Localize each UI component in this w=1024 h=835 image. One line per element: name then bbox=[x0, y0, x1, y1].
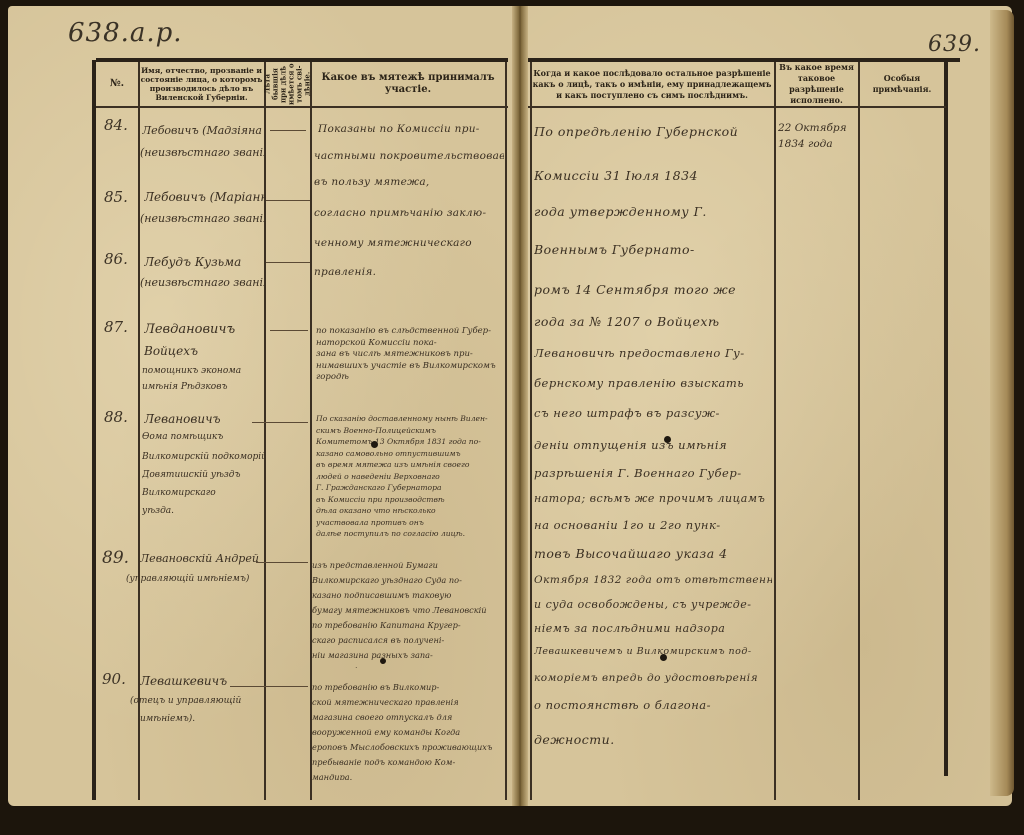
resolution-line: Октября 1832 года отъ отвѣтственности bbox=[534, 574, 772, 586]
row-84-dash bbox=[270, 130, 306, 131]
header-remarks: Особыя примѣчанія. bbox=[860, 62, 944, 106]
resolution-line: товъ Высочайшаго указа 4 bbox=[534, 546, 772, 561]
row-90-number: 90. bbox=[102, 670, 126, 688]
resolution-line: коморіемъ впредь до удостовѣренія bbox=[534, 672, 772, 684]
participation-line: по требованію въ Вилкомир- bbox=[312, 680, 506, 695]
participation-line: дѣла оказано что нѣсколько bbox=[316, 505, 506, 517]
row-86-status: (неизвѣстнаго званія) bbox=[140, 276, 264, 289]
row-87-number: 87. bbox=[104, 318, 128, 336]
participation-line: ніи магазина разныхъ запа- bbox=[312, 648, 506, 663]
participation-line: совъ провіанта. bbox=[312, 663, 506, 668]
header-num: №. bbox=[96, 62, 138, 106]
participation-line: ченному мятежническаго bbox=[314, 237, 504, 249]
header-bottom-rule-left bbox=[96, 106, 508, 108]
header-participation: Какое въ мятежѣ принималъ участіе. bbox=[312, 62, 504, 106]
col-divider bbox=[530, 62, 532, 800]
right-page-number: 639. bbox=[928, 32, 981, 57]
row-84-number: 84. bbox=[104, 116, 128, 134]
participation-line: правленія. bbox=[314, 266, 504, 278]
book-gutter bbox=[512, 6, 528, 806]
row-86-name: Лебудъ Кузьма bbox=[144, 255, 264, 269]
row-89-name: Левановскій Андрей bbox=[140, 552, 266, 565]
row-90-participation: по требованію въ Вилкомир- ской мятежнич… bbox=[312, 680, 506, 780]
row-88-line: Ѳома помѣщикъ bbox=[142, 432, 264, 442]
participation-line: По сказанію доставленному нынѣ Вилен- bbox=[316, 413, 506, 425]
executed-date-line: 1834 года bbox=[778, 138, 858, 150]
participation-line: казано подписавшимъ таковую bbox=[312, 588, 506, 603]
executed-date-line: 22 Октября bbox=[778, 122, 858, 134]
row-89-number: 89. bbox=[102, 548, 129, 568]
col-divider bbox=[858, 62, 860, 800]
header-resolution: Когда и какое послѣдовало остальное разр… bbox=[532, 62, 772, 106]
row-88-line: Довятишскій уѣздъ bbox=[142, 470, 264, 480]
participation-line: вооруженной ему команды Когда bbox=[312, 725, 506, 740]
participation-line: изъ представленной Бумаги bbox=[312, 558, 506, 573]
row-89-dash bbox=[256, 562, 308, 563]
row-88-number: 88. bbox=[104, 408, 128, 426]
participation-line: зана въ числѣ мятежниковъ при- bbox=[316, 349, 506, 361]
row-90-status-2: имѣніемъ). bbox=[140, 714, 266, 724]
ink-blot bbox=[380, 658, 386, 664]
resolution-line: деніи отпущенія изъ имѣнія bbox=[534, 438, 772, 452]
resolution-line: ніемъ за послѣдними надзора bbox=[534, 622, 772, 635]
participation-line: людей о наведеніи Верховнаго bbox=[316, 471, 506, 483]
participation-line: скимъ Военно-Полицейскимъ bbox=[316, 425, 506, 437]
resolution-line: на основаніи 1го и 2го пунк- bbox=[534, 518, 772, 532]
participation-line: Показаны по Комиссіи при- bbox=[318, 123, 504, 135]
participation-line: скаго расписался въ получені- bbox=[312, 633, 506, 648]
resolution-line: года за № 1207 о Войцехѣ bbox=[534, 314, 772, 329]
header-bottom-rule-right bbox=[528, 106, 946, 108]
participation-line: Комитетомъ 13 Октября 1831 года по- bbox=[316, 436, 506, 448]
ink-blot bbox=[371, 441, 378, 448]
participation-line: ской мятежническаго правленія bbox=[312, 695, 506, 710]
participation-line: по показанію въ слѣдственной Губер- bbox=[316, 326, 506, 338]
resolution-line: Военнымъ Губернато- bbox=[534, 242, 772, 257]
row-87-dash bbox=[270, 330, 308, 331]
row-87-name: Левдановичъ bbox=[144, 322, 264, 337]
row-90-status: (отецъ и управляющій bbox=[130, 696, 266, 706]
left-page-border bbox=[92, 60, 96, 800]
row-87-status: помощникъ эконома bbox=[142, 366, 264, 376]
row-85-number: 85. bbox=[104, 188, 128, 206]
resolution-line: года утвержденному Г. bbox=[534, 204, 772, 219]
row-85-dash bbox=[266, 200, 310, 201]
row-85-name: Лебовичъ (Маріанна bbox=[144, 190, 264, 204]
row-88-line: Вилкомирскій подкоморій bbox=[142, 452, 264, 462]
resolution-line: Комиссіи 31 Іюля 1834 bbox=[534, 168, 772, 183]
resolution-line: натора; всѣмъ же прочимъ лицамъ bbox=[534, 492, 772, 505]
row-84-status: (неизвѣстнаго званія) bbox=[140, 146, 264, 159]
book-page-edges-right bbox=[990, 10, 1014, 796]
participation-line: Г. Гражданскаго Губернатора bbox=[316, 482, 506, 494]
participation-line: въ Комиссіи при производствѣ bbox=[316, 494, 506, 506]
row-87-estate: имѣнія Рѣдзковъ bbox=[142, 382, 264, 392]
left-page-number: 638.a.p. bbox=[68, 18, 183, 48]
col-divider bbox=[774, 62, 776, 800]
participation-line: пребываніе подъ командою Ком- bbox=[312, 755, 506, 770]
participation-line: далѣе поступилъ по согласію лицѣ. bbox=[316, 528, 506, 540]
participation-line: по требованію Капитана Кругер- bbox=[312, 618, 506, 633]
resolution-line: о постоянствѣ о благона- bbox=[534, 698, 772, 712]
header-age: Лѣта бывшія при дѣлѣ имѣется о томъ сві­… bbox=[266, 62, 309, 106]
col-divider bbox=[138, 62, 140, 800]
resolution-line: дежности. bbox=[534, 732, 772, 747]
participation-line: въ пользу мятежа, bbox=[314, 176, 504, 188]
resolution-line: разрѣшенія Г. Военнаго Губер- bbox=[534, 466, 772, 480]
ink-blot bbox=[660, 654, 667, 661]
participation-line: магазина своего отпускалъ для bbox=[312, 710, 506, 725]
participation-line: мандира. bbox=[312, 770, 506, 780]
col-divider bbox=[264, 62, 266, 800]
row-87-participation: по показанію въ слѣдственной Губер- нато… bbox=[316, 326, 506, 386]
resolution-line: съ него штрафъ въ разсуж- bbox=[534, 406, 772, 420]
row-85-status: (неизвѣстнаго званія) bbox=[140, 212, 264, 225]
resolution-line: Левановичѣ предоставлено Гу- bbox=[534, 346, 772, 360]
right-page-border bbox=[944, 60, 948, 776]
row-88-line: Вилкомирскаго bbox=[142, 488, 264, 498]
participation-line: въ время мятежа изъ имѣнія своего bbox=[316, 459, 506, 471]
resolution-line: Левашкевичемъ и Вилкомирскимъ под- bbox=[534, 646, 772, 657]
participation-line: ероповъ Мыслобовскихъ проживающихъ bbox=[312, 740, 506, 755]
participation-line: участвовала противъ онъ bbox=[316, 517, 506, 529]
row-86-number: 86. bbox=[104, 250, 128, 268]
resolution-line: По опредѣленію Губернской bbox=[534, 124, 772, 139]
header-name: Имя, отчество, прозваніе и состояніе лиц… bbox=[140, 62, 263, 106]
row-88-name: Левановичъ bbox=[144, 412, 264, 426]
resolution-line: и суда освобождены, съ учрежде- bbox=[534, 598, 772, 611]
participation-line: казано самовольно отпустившимъ bbox=[316, 448, 506, 460]
row-86-dash bbox=[266, 262, 310, 263]
participation-line: нимавшихъ участіе въ Вилкомирскомъ город… bbox=[316, 361, 506, 384]
participation-line: Вилкомирскаго уѣзднаго Суда по- bbox=[312, 573, 506, 588]
row-90-dash bbox=[230, 686, 308, 687]
row-84-name: Лебовичъ (Мадзіяна bbox=[142, 124, 264, 137]
row-88-participation: По сказанію доставленному нынѣ Вилен- ск… bbox=[316, 413, 506, 543]
participation-line: согласно примѣчанію заклю- bbox=[314, 207, 504, 219]
ink-blot bbox=[664, 436, 671, 443]
resolution-line: ромъ 14 Сентября того же bbox=[534, 282, 772, 297]
row-89-participation: изъ представленной Бумаги Вилкомирскаго … bbox=[312, 558, 506, 668]
participation-line: частными покровительствовавшими bbox=[314, 150, 504, 162]
participation-line: бумагу мятежниковъ что Левановскій bbox=[312, 603, 506, 618]
row-89-status: (управляющій имѣніемъ) bbox=[126, 574, 266, 584]
row-88-line: уѣзда. bbox=[142, 506, 264, 516]
row-88-dash bbox=[252, 422, 308, 423]
resolution-line: бернскому правленію взыскать bbox=[534, 376, 772, 390]
participation-line: наторской Комиссіи пока- bbox=[316, 338, 506, 350]
row-87-firstname: Войцехъ bbox=[144, 344, 264, 358]
header-executed: Въ какое время таковое разрѣшеніе исполн… bbox=[776, 62, 857, 106]
